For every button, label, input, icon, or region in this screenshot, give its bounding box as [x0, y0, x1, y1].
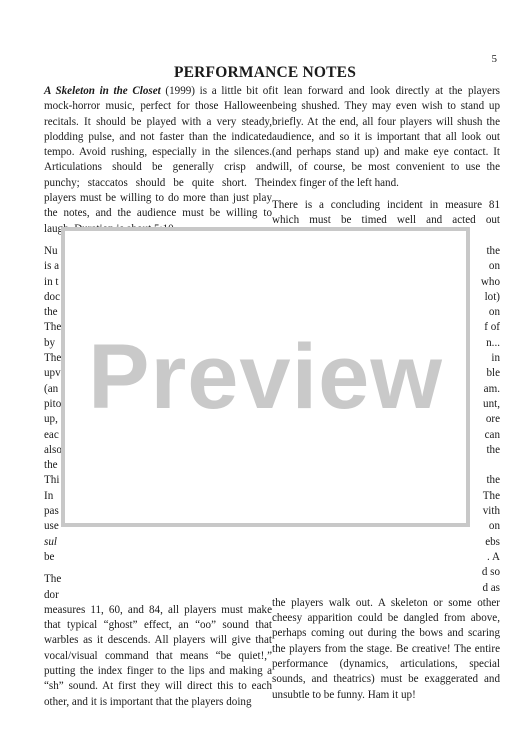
page-title: PERFORMANCE NOTES [0, 64, 530, 82]
intro-paragraph: A Skeleton in the Closet (1999) is a lit… [44, 84, 272, 237]
fragment: d as [272, 581, 500, 596]
preview-watermark-box: Preview [61, 227, 470, 527]
fragment: ebs [272, 535, 500, 550]
ghost-effect-paragraph: The dor measures 11, 60, and 84, all pla… [44, 572, 272, 710]
ghost-effect-text: measures 11, 60, and 84, all players mus… [44, 603, 272, 710]
closing-text: the players walk out. A skeleton or some… [272, 596, 500, 703]
fragment: dor [44, 588, 272, 603]
fragment: The [44, 572, 272, 587]
intro-text: (1999) is a little bit of mock-horror mu… [44, 85, 272, 235]
fragment: d so [272, 565, 500, 580]
fragment: sul [44, 535, 272, 550]
fragment: . A [272, 550, 500, 565]
shush-paragraph: it lean forward and look directly at the… [272, 84, 500, 191]
preview-watermark-label: Preview [88, 325, 443, 430]
piece-title: A Skeleton in the Closet [44, 85, 161, 97]
fragment: be [44, 550, 272, 565]
